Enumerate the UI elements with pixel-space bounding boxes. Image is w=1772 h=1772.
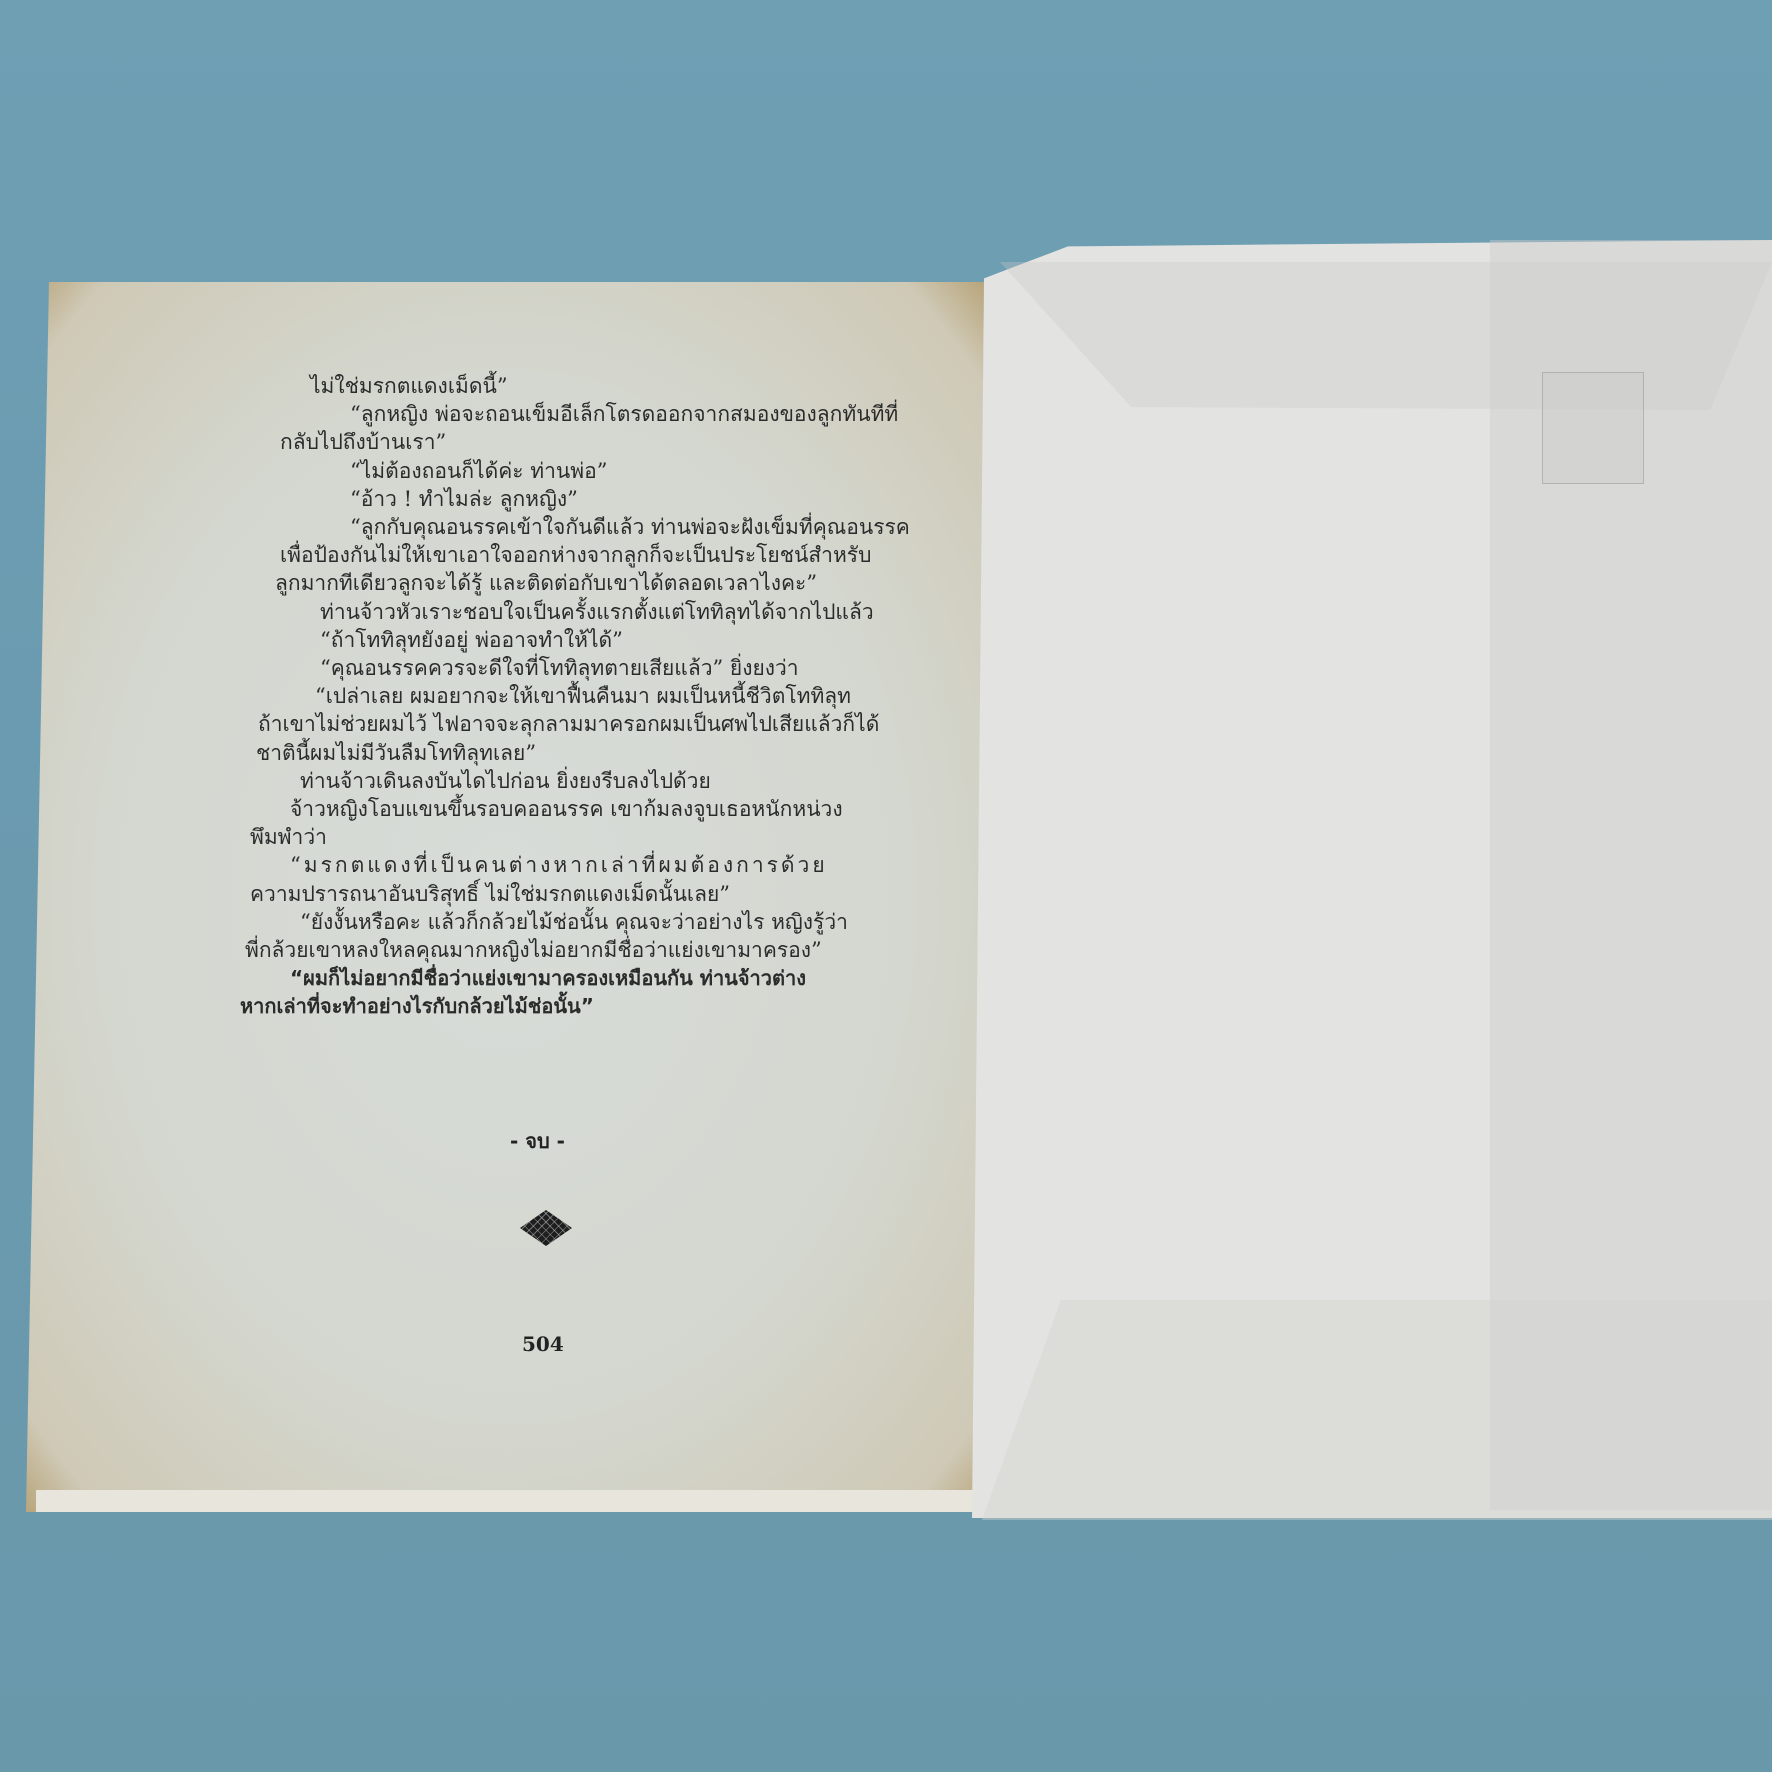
text-line: พึมพำว่า <box>250 823 910 851</box>
text-line: “ไม่ต้องถอนก็ได้ค่ะ ท่านพ่อ” <box>270 457 910 485</box>
text-line: ลูกมากทีเดียวลูกจะได้รู้ และติดต่อกับเขา… <box>270 569 910 597</box>
text-line: “มรกตแดงที่เป็นคนต่างหากเล่าที่ผมต้องการ… <box>270 851 910 879</box>
text-line: ชาตินี้ผมไม่มีวันลืมโททิลุทเลย” <box>256 739 910 767</box>
page-number: 504 <box>522 1332 564 1356</box>
text-line: พี่กล้วยเขาหลงใหลคุณมากหญิงไม่อยากมีชื่อ… <box>245 936 910 964</box>
cover-film-bottom-fold <box>982 1300 1772 1520</box>
end-mark: - จบ - <box>510 1125 565 1157</box>
text-line: ความปรารถนาอันบริสุทธิ์ ไม่ใช่มรกตแดงเม็… <box>250 880 910 908</box>
tape-patch-icon <box>1542 372 1644 484</box>
text-line: หากเล่าที่จะทำอย่างไรกับกล้วยไม้ช่อนั้น” <box>240 992 910 1020</box>
text-line: “ยังงั้นหรือคะ แล้วก็กล้วยไม้ช่อนั้น คุณ… <box>270 908 910 936</box>
text-line: ไม่ใช่มรกตแดงเม็ดนี้” <box>270 372 910 400</box>
text-line: “ผมก็ไม่อยากมีชื่อว่าแย่งเขามาครองเหมือน… <box>270 964 910 992</box>
text-line: “เปล่าเลย ผมอยากจะให้เขาฟื้นคืนมา ผมเป็น… <box>270 682 910 710</box>
page-body-text: ไม่ใช่มรกตแดงเม็ดนี้” “ลูกหญิง พ่อจะถอนเ… <box>270 372 910 1021</box>
text-line: ท่านจ้าวหัวเราะชอบใจเป็นครั้งแรกตั้งแต่โ… <box>270 598 910 626</box>
text-line: ถ้าเขาไม่ช่วยผมไว้ ไฟอาจจะลุกลามมาครอกผม… <box>258 710 910 738</box>
text-line: ท่านจ้าวเดินลงบันไดไปก่อน ยิ่งยงรีบลงไปด… <box>270 767 910 795</box>
text-line: จ้าวหญิงโอบแขนขึ้นรอบคออนรรค เขาก้มลงจูบ… <box>270 795 910 823</box>
text-line: กลับไปถึงบ้านเรา” <box>270 428 910 456</box>
text-line: “อ้าว ! ทำไมล่ะ ลูกหญิง” <box>270 485 910 513</box>
text-line: เพื่อป้องกันไม่ให้เขาเอาใจออกห่างจากลูกก… <box>270 541 910 569</box>
text-line: “ถ้าโททิลุทยังอยู่ พ่ออาจทำให้ได้” <box>270 626 910 654</box>
text-line: “ลูกหญิง พ่อจะถอนเข็มอีเล็กโตรดออกจากสมอ… <box>270 400 910 428</box>
page-edges <box>36 1490 976 1512</box>
text-line: “คุณอนรรคควรจะดีใจที่โททิลุทตายเสียแล้ว”… <box>270 654 910 682</box>
text-line: “ลูกกับคุณอนรรคเข้าใจกันดีแล้ว ท่านพ่อจะ… <box>270 513 910 541</box>
